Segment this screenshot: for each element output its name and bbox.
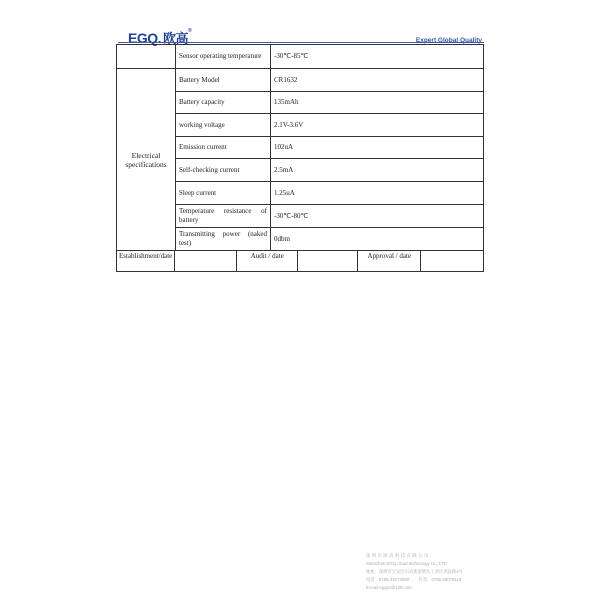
footer-address: 地址：深圳市宝安区石岩街道塘头工业区鸿富路4号 [366,568,463,576]
signoff-table: Establishment/date Audit / date Approval… [116,250,484,272]
header-divider [118,42,484,43]
row-value: 0dbm [271,228,484,251]
establishment-label: Establishment/date [117,251,175,272]
row-label: Battery capacity [176,92,271,114]
row-value: 1.25uA [271,182,484,205]
group-label: Electrical specifications [117,69,176,251]
row-label: Sleep current [176,182,271,205]
row-value: -30℃-80℃ [271,205,484,228]
group-cell-empty [117,45,176,69]
table-row: Electrical specifications Battery Model … [117,69,484,92]
signoff-row: Establishment/date Audit / date Approval… [117,251,484,272]
row-value: 135mAh [271,92,484,114]
row-label: Emission current [176,137,271,159]
approval-label: Approval / date [358,251,421,272]
footer-company-cn: 深圳市欧高科技有限公司 [366,552,463,560]
table-row: Sensor operating temperature -30℃-85℃ [117,45,484,69]
footer-company-en: Shenzhen EGQ cloud technology co., LTD [366,560,463,568]
spec-table: Sensor operating temperature -30℃-85℃ El… [116,44,484,251]
row-label: Temperature resistance of battery [176,205,271,228]
footer-phone: 电话：0755-33173288 传真：0755-26078119 [366,576,463,584]
approval-value [421,251,484,272]
audit-value [298,251,358,272]
row-label: working voltage [176,114,271,137]
row-label: Battery Model [176,69,271,92]
row-value: 102uA [271,137,484,159]
row-value: 2.1V-3.6V [271,114,484,137]
row-value: -30℃-85℃ [271,45,484,69]
row-value: 2.5mA [271,159,484,182]
company-footer: 深圳市欧高科技有限公司 Shenzhen EGQ cloud technolog… [366,552,463,592]
row-label: Self-checking current [176,159,271,182]
row-label: Transmitting power (naked test) [176,228,271,251]
registered-mark: ® [188,28,191,34]
row-label: Sensor operating temperature [176,45,271,69]
footer-email: E-mail:egqsz@126.com [366,584,463,592]
establishment-value [175,251,237,272]
row-value: CR1632 [271,69,484,92]
audit-label: Audit / date [237,251,298,272]
